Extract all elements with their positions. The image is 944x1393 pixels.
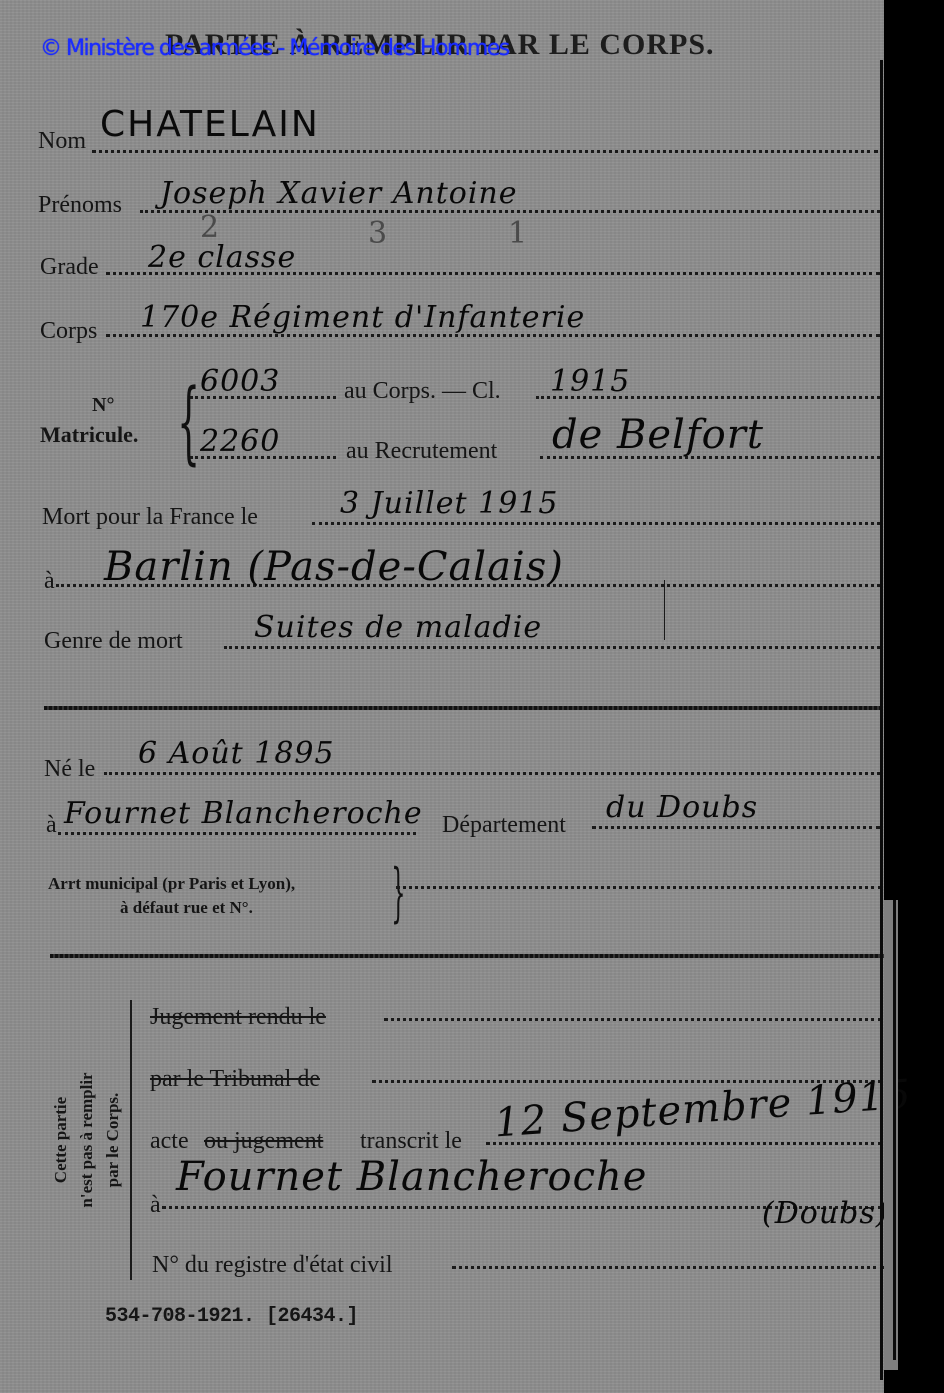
nom-label: Nom [38,128,86,155]
nom-value: CHATELAIN [100,104,320,145]
jugement-label: Jugement rendu le [150,1004,326,1031]
matricule-label: Matricule. [40,422,138,448]
arrondissement-label-line2: à défaut rue et N°. [120,898,253,918]
section-divider-2 [50,954,886,958]
au-recrutement-label: au Recrutement [346,438,497,465]
genre-mort-value: Suites de maladie [254,610,542,645]
registre-label: N° du registre d'état civil [152,1252,393,1279]
classe-value: 1915 [550,364,630,399]
lieu-mort-value: Barlin (Pas-de-Calais) [104,544,564,590]
nom-dotted-line [92,150,878,153]
prenoms-value: Joseph Xavier Antoine [160,176,518,211]
card-border-line [880,60,883,1380]
lieu-naissance-label: à [46,812,57,839]
print-code: 534-708-1921. [26434.] [105,1305,358,1328]
corps-value: 170e Régiment d'Infanterie [140,300,585,335]
departement-dotted-line [592,826,880,829]
lieu-transcription-value: Fournet Blancheroche [176,1154,647,1200]
prenoms-label: Prénoms [38,192,122,219]
au-corps-classe-label: au Corps. — Cl. [344,378,501,405]
matricule-label-no: N° [92,394,114,417]
mort-dotted-line [312,522,880,525]
acte-label: acte [150,1128,189,1155]
naissance-dotted-line [104,772,880,775]
tribunal-label: par le Tribunal de [150,1066,320,1093]
corps-label: Corps [40,318,97,345]
lieu-naissance-dotted-line [58,832,416,835]
transcrit-le-label: transcrit le [360,1128,462,1155]
registre-dotted-line [452,1266,884,1269]
departement-label: Département [442,812,566,839]
corps-number-value: 6003 [200,364,280,399]
jugement-dotted-line [384,1018,882,1021]
ou-jugement-struck-label: ou jugement [204,1128,323,1155]
card-border-line-outer [893,900,896,1360]
lieu-transcription-label: à [150,1192,161,1219]
pencil-mark-2: 3 [368,216,388,251]
side-note-line-1: Cette partie [48,1040,74,1240]
side-note-line-3: par le Corps. [100,1040,126,1240]
arrondissement-brace: } [391,856,405,930]
recrutement-value: de Belfort [552,412,764,458]
naissance-value: 6 Août 1895 [138,736,335,771]
copyright-watermark: © Ministère des armées - Mémoire des Hom… [40,36,509,61]
side-note: Cette partie n'est pas à remplir par le … [48,1040,132,1240]
naissance-label: Né le [44,756,95,783]
genre-mort-label: Genre de mort [44,628,183,655]
death-record-card: © Ministère des armées - Mémoire des Hom… [0,0,884,1393]
grade-value: 2e classe [148,240,296,275]
lieu-naissance-value: Fournet Blancheroche [64,796,423,831]
mort-value: 3 Juillet 1915 [340,486,558,521]
recrutement-number-value: 2260 [200,424,280,459]
side-note-line-2: n'est pas à remplir [74,1040,100,1240]
matricule-brace: { [177,370,200,475]
genre-mort-dotted-line [224,646,880,649]
grade-label: Grade [40,254,99,281]
arrondissement-dotted-line [396,886,882,889]
arrondissement-label-line1: Arrt municipal (pr Paris et Lyon), [48,874,295,894]
mort-label: Mort pour la France le [42,504,258,531]
lieu-mort-label: à [44,568,55,595]
lieu-transcription-annotation: (Doubs) [762,1196,888,1231]
departement-value: du Doubs [606,790,758,825]
pen-stroke [664,580,665,640]
lower-section-brace [130,1000,132,1280]
section-divider-1 [44,706,880,710]
pencil-mark-3: 1 [508,216,528,251]
